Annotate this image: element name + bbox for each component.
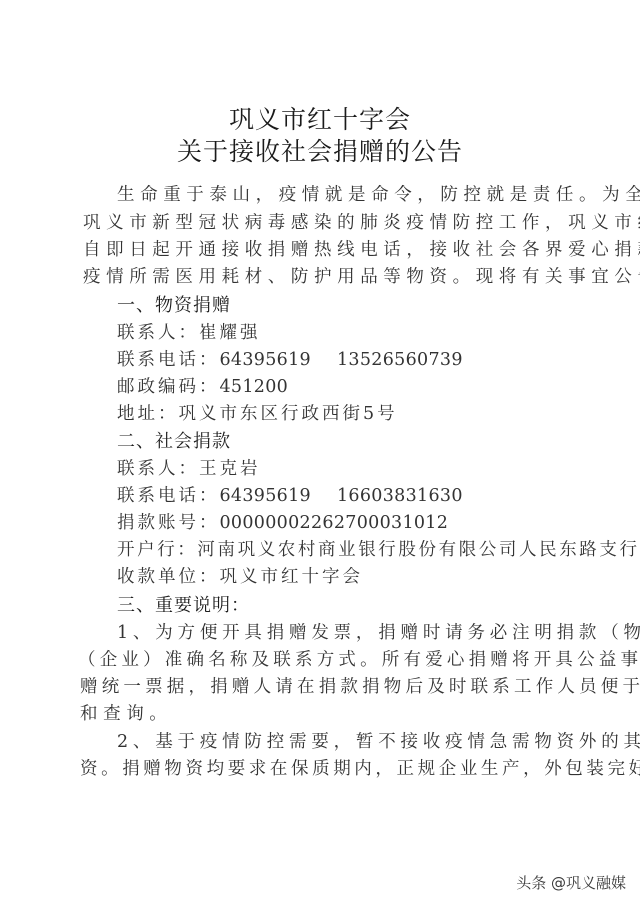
source-watermark: 头条 @巩义融媒 bbox=[516, 872, 626, 893]
phone-1: 64395619 bbox=[220, 486, 311, 506]
contact-name: 王克岩 bbox=[199, 459, 261, 479]
phone-label: 联系电话： bbox=[117, 350, 220, 370]
address-label: 地址： bbox=[117, 404, 179, 424]
section2-heading: 二、社会捐款 bbox=[117, 428, 589, 455]
section2-payee: 收款单位：巩义市红十字会 bbox=[117, 564, 589, 591]
section1-phone: 联系电话：6439561913526560739 bbox=[117, 347, 589, 374]
bank-label: 开户行： bbox=[117, 540, 197, 560]
bank-name: 河南巩义农村商业银行股份有限公司人民东路支行 bbox=[197, 540, 639, 560]
item1-line-1: 1、为方便开具捐赠发票，捐赠时请务必注明捐款（物）人 bbox=[117, 620, 589, 647]
postcode-label: 邮政编码： bbox=[117, 377, 220, 397]
payee-label: 收款单位： bbox=[117, 567, 220, 587]
section3-heading: 三、重要说明： bbox=[117, 592, 589, 619]
contact-name: 崔耀强 bbox=[199, 323, 261, 343]
phone-2: 13526560739 bbox=[337, 350, 463, 370]
phone-1: 64395619 bbox=[220, 350, 311, 370]
contact-label: 联系人： bbox=[117, 459, 199, 479]
section2-contact: 联系人：王克岩 bbox=[117, 456, 589, 483]
item1-line-4: 和查询。 bbox=[80, 701, 552, 728]
account-label: 捐款账号： bbox=[117, 513, 220, 533]
address-value: 巩义市东区行政西街5号 bbox=[179, 404, 398, 424]
notice-title-org: 巩义市红十字会 bbox=[0, 100, 640, 136]
phone-label: 联系电话： bbox=[117, 486, 220, 506]
contact-label: 联系人： bbox=[117, 323, 199, 343]
notice-title-subject: 关于接收社会捐赠的公告 bbox=[0, 132, 640, 168]
section2-phone: 联系电话：6439561916603831630 bbox=[117, 483, 589, 510]
intro-line-2: 巩义市新型冠状病毒感染的肺炎疫情防控工作，巩义市红十字会 bbox=[83, 210, 555, 237]
section1-heading: 一、物资捐赠 bbox=[117, 292, 589, 319]
item2-line-1: 2、基于疫情防控需要，暂不接收疫情急需物资外的其他物 bbox=[117, 729, 589, 756]
payee-name: 巩义市红十字会 bbox=[220, 567, 364, 587]
section1-contact: 联系人：崔耀强 bbox=[117, 320, 589, 347]
item1-line-3: 赠统一票据，捐赠人请在捐款捐物后及时联系工作人员便于登记 bbox=[80, 674, 552, 701]
section2-account: 捐款账号：00000002262700031012 bbox=[117, 510, 589, 537]
intro-line-3: 自即日起开通接收捐赠热线电话，接收社会各界爱心捐款及抗击 bbox=[83, 237, 555, 264]
intro-line-1: 生命重于泰山，疫情就是命令，防控就是责任。为全力做好 bbox=[117, 182, 589, 209]
item2-line-2: 资。捐赠物资均要求在保质期内，正规企业生产，外包装完好， bbox=[80, 756, 552, 783]
section1-postcode: 邮政编码：451200 bbox=[117, 374, 589, 401]
intro-line-4: 疫情所需医用耗材、防护用品等物资。现将有关事宜公告如下： bbox=[83, 264, 555, 291]
postcode-value: 451200 bbox=[220, 377, 289, 397]
phone-2: 16603831630 bbox=[337, 486, 463, 506]
section1-address: 地址：巩义市东区行政西街5号 bbox=[117, 401, 589, 428]
item1-line-2: （企业）准确名称及联系方式。所有爱心捐赠将开具公益事业捐 bbox=[78, 647, 550, 674]
section2-bank: 开户行：河南巩义农村商业银行股份有限公司人民东路支行 bbox=[117, 537, 589, 564]
account-number: 00000002262700031012 bbox=[220, 513, 449, 533]
